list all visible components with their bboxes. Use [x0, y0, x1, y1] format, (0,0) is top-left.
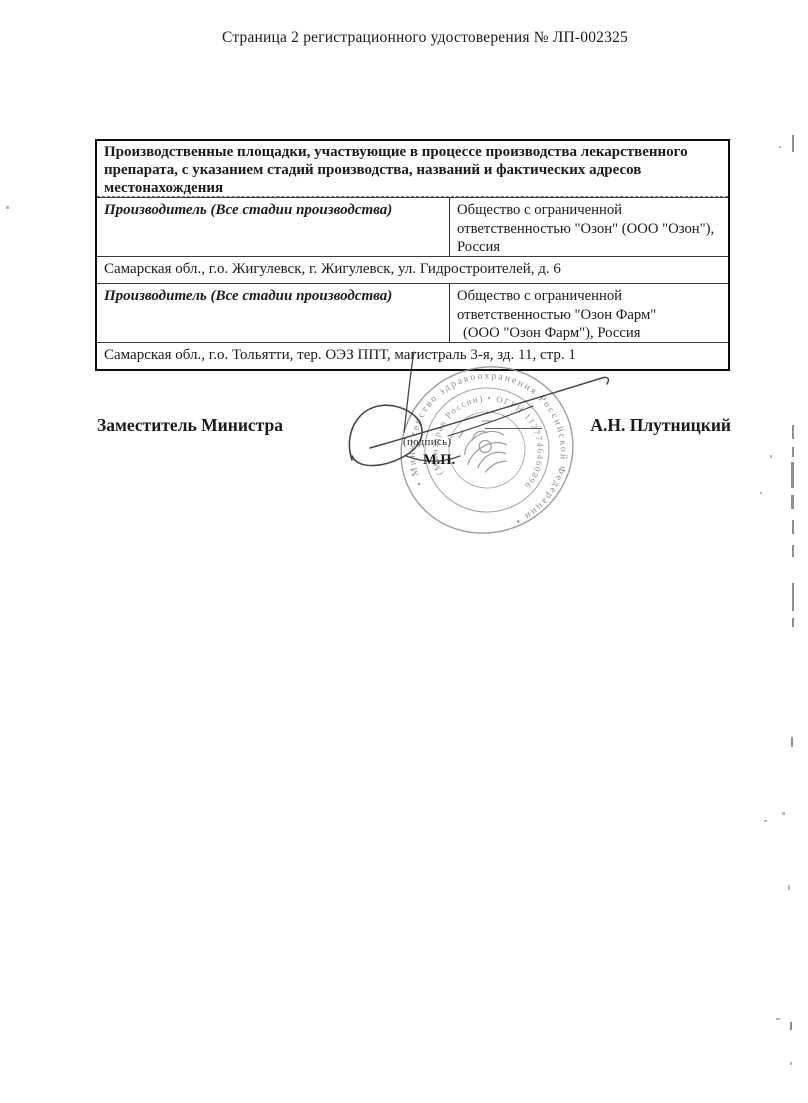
address-row: Самарская обл., г.о. Жигулевск, г. Жигул… [97, 256, 728, 283]
cell-line: Россия [457, 238, 726, 256]
signature-line [485, 428, 542, 429]
handwritten-signature [330, 338, 630, 488]
scan-artifact [779, 146, 781, 148]
cell-line: ответственностью "Озон" (ООО "Озон"), [457, 220, 726, 239]
signer-position: Заместитель Министра [97, 415, 283, 436]
manufacturer-role-cell: Производитель (Все стадии производства) [97, 284, 450, 342]
signer-name: А.Н. Плутницкий [590, 415, 731, 436]
manufacturer-role-cell: Производитель (Все стадии производства) [97, 198, 450, 256]
cell-line: Общество с ограниченной [457, 287, 726, 306]
scan-artifact [764, 820, 767, 822]
scan-artifact [791, 462, 794, 488]
manufacturer-name-cell: Общество с ограниченной ответственностью… [450, 198, 728, 256]
scan-artifact [760, 492, 762, 494]
scan-artifact [792, 545, 794, 557]
scan-artifact [776, 1018, 780, 1020]
manufacturer-name-cell: Общество с ограниченной ответственностью… [450, 284, 728, 342]
scan-artifact [791, 495, 794, 509]
mp-seal-label: М.П. [423, 452, 455, 469]
production-sites-table: Производственные площадки, участвующие в… [95, 139, 730, 371]
scan-artifact [782, 812, 785, 815]
table-header-line: препарата, с указанием стадий производст… [104, 161, 721, 179]
table-row: Производитель (Все стадии производства) … [97, 197, 728, 256]
scan-artifact [792, 520, 794, 534]
scanned-document-page: Страница 2 регистрационного удостоверени… [0, 0, 808, 1103]
scan-artifact [788, 885, 790, 890]
podpis-label: (подпись) [403, 436, 451, 448]
table-row: Производитель (Все стадии производства) … [97, 283, 728, 342]
scan-artifact [6, 206, 9, 209]
page-title: Страница 2 регистрационного удостоверени… [0, 29, 808, 47]
scan-artifact [792, 135, 794, 152]
cell-line: Общество с ограниченной [457, 201, 726, 220]
scan-artifact [792, 583, 794, 611]
table-header-line: местонахождения [104, 179, 721, 197]
cell-line: ответственностью "Озон Фарм" [457, 306, 726, 325]
scan-artifact [790, 1062, 792, 1065]
scan-artifact [792, 425, 794, 439]
table-header-line: Производственные площадки, участвующие в… [104, 143, 721, 161]
table-header-cell: Производственные площадки, участвующие в… [97, 141, 728, 197]
scan-artifact [792, 618, 794, 627]
scan-artifact [770, 455, 772, 458]
scan-artifact [792, 447, 794, 457]
scan-artifact [790, 1022, 792, 1030]
scan-artifact [791, 737, 793, 747]
